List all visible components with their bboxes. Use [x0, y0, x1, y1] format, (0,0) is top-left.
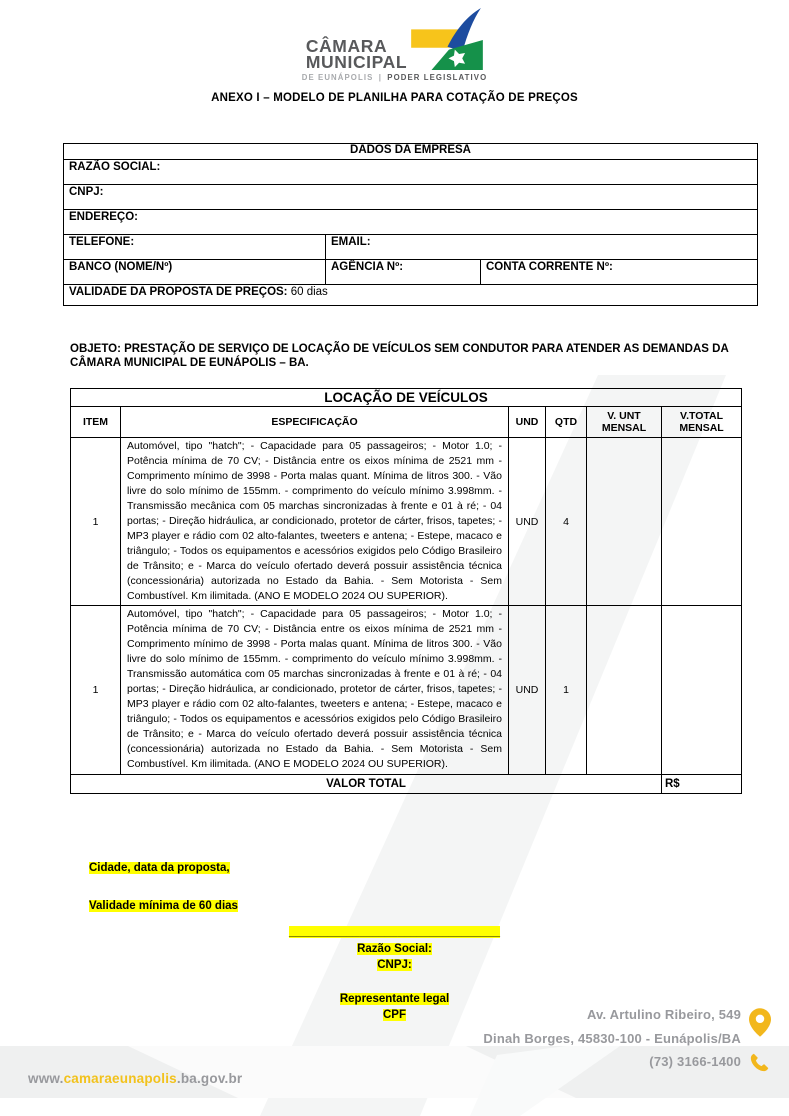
logo-wordmark: CÂMARA MUNICIPAL	[306, 38, 407, 70]
validade-field: VALIDADE DA PROPOSTA DE PREÇOS: 60 dias	[64, 285, 758, 306]
table-row: 1 Automóvel, tipo "hatch"; - Capacidade …	[71, 606, 742, 774]
logo-line2: MUNICIPAL	[306, 54, 407, 70]
empresa-table-header: DADOS DA EMPRESA	[64, 144, 758, 160]
item-cell: 1	[71, 606, 121, 774]
phone-icon	[750, 1053, 769, 1072]
table-row: LOCAÇÃO DE VEÍCULOS	[71, 389, 742, 407]
logo-tagline: DE EUNÁPOLIS | PODER LEGISLATIVO	[302, 73, 488, 82]
und-cell: UND	[509, 606, 546, 774]
razao-social-field[interactable]: RAZÃO SOCIAL:	[64, 160, 758, 185]
objeto-text: OBJETO: PRESTAÇÃO DE SERVIÇO DE LOCAÇÃO …	[70, 343, 748, 370]
col-header-item: ITEM	[71, 407, 121, 438]
v-unt-cell[interactable]	[587, 438, 662, 606]
table-header-row: ITEM ESPECIFICAÇÃO UND QTD V. UNT MENSAL…	[71, 407, 742, 438]
footer-url-accent: camaraeunapolis	[64, 1071, 177, 1086]
valor-total-value[interactable]: R$	[662, 774, 742, 793]
validade-value: 60 dias	[288, 286, 328, 298]
col-header-v-unt-mensal: V. UNT MENSAL	[587, 407, 662, 438]
table-row: RAZÃO SOCIAL:	[64, 160, 758, 185]
telefone-field[interactable]: TELEFONE:	[64, 235, 326, 260]
und-cell: UND	[509, 438, 546, 606]
table-row: DADOS DA EMPRESA	[64, 144, 758, 160]
signature-line: _________________________________	[289, 926, 500, 938]
spec-cell: Automóvel, tipo "hatch"; - Capacidade pa…	[121, 438, 509, 606]
agencia-field[interactable]: AGÊNCIA Nº:	[326, 260, 481, 285]
v-total-cell[interactable]	[662, 438, 742, 606]
table-row: BANCO (NOME/Nº) AGÊNCIA Nº: CONTA CORREN…	[64, 260, 758, 285]
header-logo: CÂMARA MUNICIPAL DE EUNÁPOLIS | PODER LE…	[0, 8, 789, 82]
logo-tagline-branch: PODER LEGISLATIVO	[387, 73, 487, 82]
col-header-especificacao: ESPECIFICAÇÃO	[121, 407, 509, 438]
logo-tagline-separator: |	[377, 73, 384, 82]
vehicles-table: LOCAÇÃO DE VEÍCULOS ITEM ESPECIFICAÇÃO U…	[70, 388, 742, 794]
footer-url: www.camaraeunapolis.ba.gov.br	[28, 1071, 242, 1086]
signature-cpf: CPF	[383, 1009, 406, 1021]
logo-flag-icon	[411, 8, 483, 70]
table-row: TELEFONE: EMAIL:	[64, 235, 758, 260]
table-total-row: VALOR TOTAL R$	[71, 774, 742, 793]
v-unt-cell[interactable]	[587, 606, 662, 774]
footer-phone: (73) 3166-1400	[483, 1050, 741, 1074]
spec-cell: Automóvel, tipo "hatch"; - Capacidade pa…	[121, 606, 509, 774]
signature-cnpj: CNPJ:	[377, 959, 412, 971]
item-cell: 1	[71, 438, 121, 606]
table-row: ENDEREÇO:	[64, 210, 758, 235]
qtd-cell: 4	[546, 438, 587, 606]
empresa-table: DADOS DA EMPRESA RAZÃO SOCIAL: CNPJ: END…	[63, 143, 758, 306]
signature-razao-social: Razão Social:	[357, 943, 432, 955]
signature-representante: Representante legal	[340, 993, 449, 1005]
logo-tagline-city: DE EUNÁPOLIS	[302, 73, 374, 82]
footer-address-line2: Dinah Borges, 45830-100 - Eunápolis/BA	[483, 1027, 741, 1051]
cnpj-field[interactable]: CNPJ:	[64, 185, 758, 210]
footer-url-prefix: www.	[28, 1071, 64, 1086]
banco-field[interactable]: BANCO (NOME/Nº)	[64, 260, 326, 285]
table-row: VALIDADE DA PROPOSTA DE PREÇOS: 60 dias	[64, 285, 758, 306]
note-validade-minima: Validade mínima de 60 dias	[89, 900, 238, 912]
table-row: CNPJ:	[64, 185, 758, 210]
endereco-field[interactable]: ENDEREÇO:	[64, 210, 758, 235]
conta-corrente-field[interactable]: CONTA CORRENTE Nº:	[481, 260, 758, 285]
v-total-cell[interactable]	[662, 606, 742, 774]
col-header-v-total-mensal: V.TOTAL MENSAL	[662, 407, 742, 438]
page-title: ANEXO I – MODELO DE PLANILHA PARA COTAÇÃ…	[0, 92, 789, 104]
valor-total-label: VALOR TOTAL	[71, 774, 662, 793]
location-pin-icon	[749, 1008, 771, 1037]
table-row: 1 Automóvel, tipo "hatch"; - Capacidade …	[71, 438, 742, 606]
footer-address-line1: Av. Artulino Ribeiro, 549	[483, 1003, 741, 1027]
col-header-und: UND	[509, 407, 546, 438]
validade-label: VALIDADE DA PROPOSTA DE PREÇOS:	[69, 286, 288, 298]
qtd-cell: 1	[546, 606, 587, 774]
vehicles-table-title: LOCAÇÃO DE VEÍCULOS	[71, 389, 742, 407]
email-field[interactable]: EMAIL:	[326, 235, 758, 260]
note-cidade-data: Cidade, data da proposta,	[89, 862, 230, 874]
footer-contact: Av. Artulino Ribeiro, 549 Dinah Borges, …	[483, 1003, 741, 1074]
footer-url-suffix: .ba.gov.br	[177, 1071, 243, 1086]
col-header-qtd: QTD	[546, 407, 587, 438]
